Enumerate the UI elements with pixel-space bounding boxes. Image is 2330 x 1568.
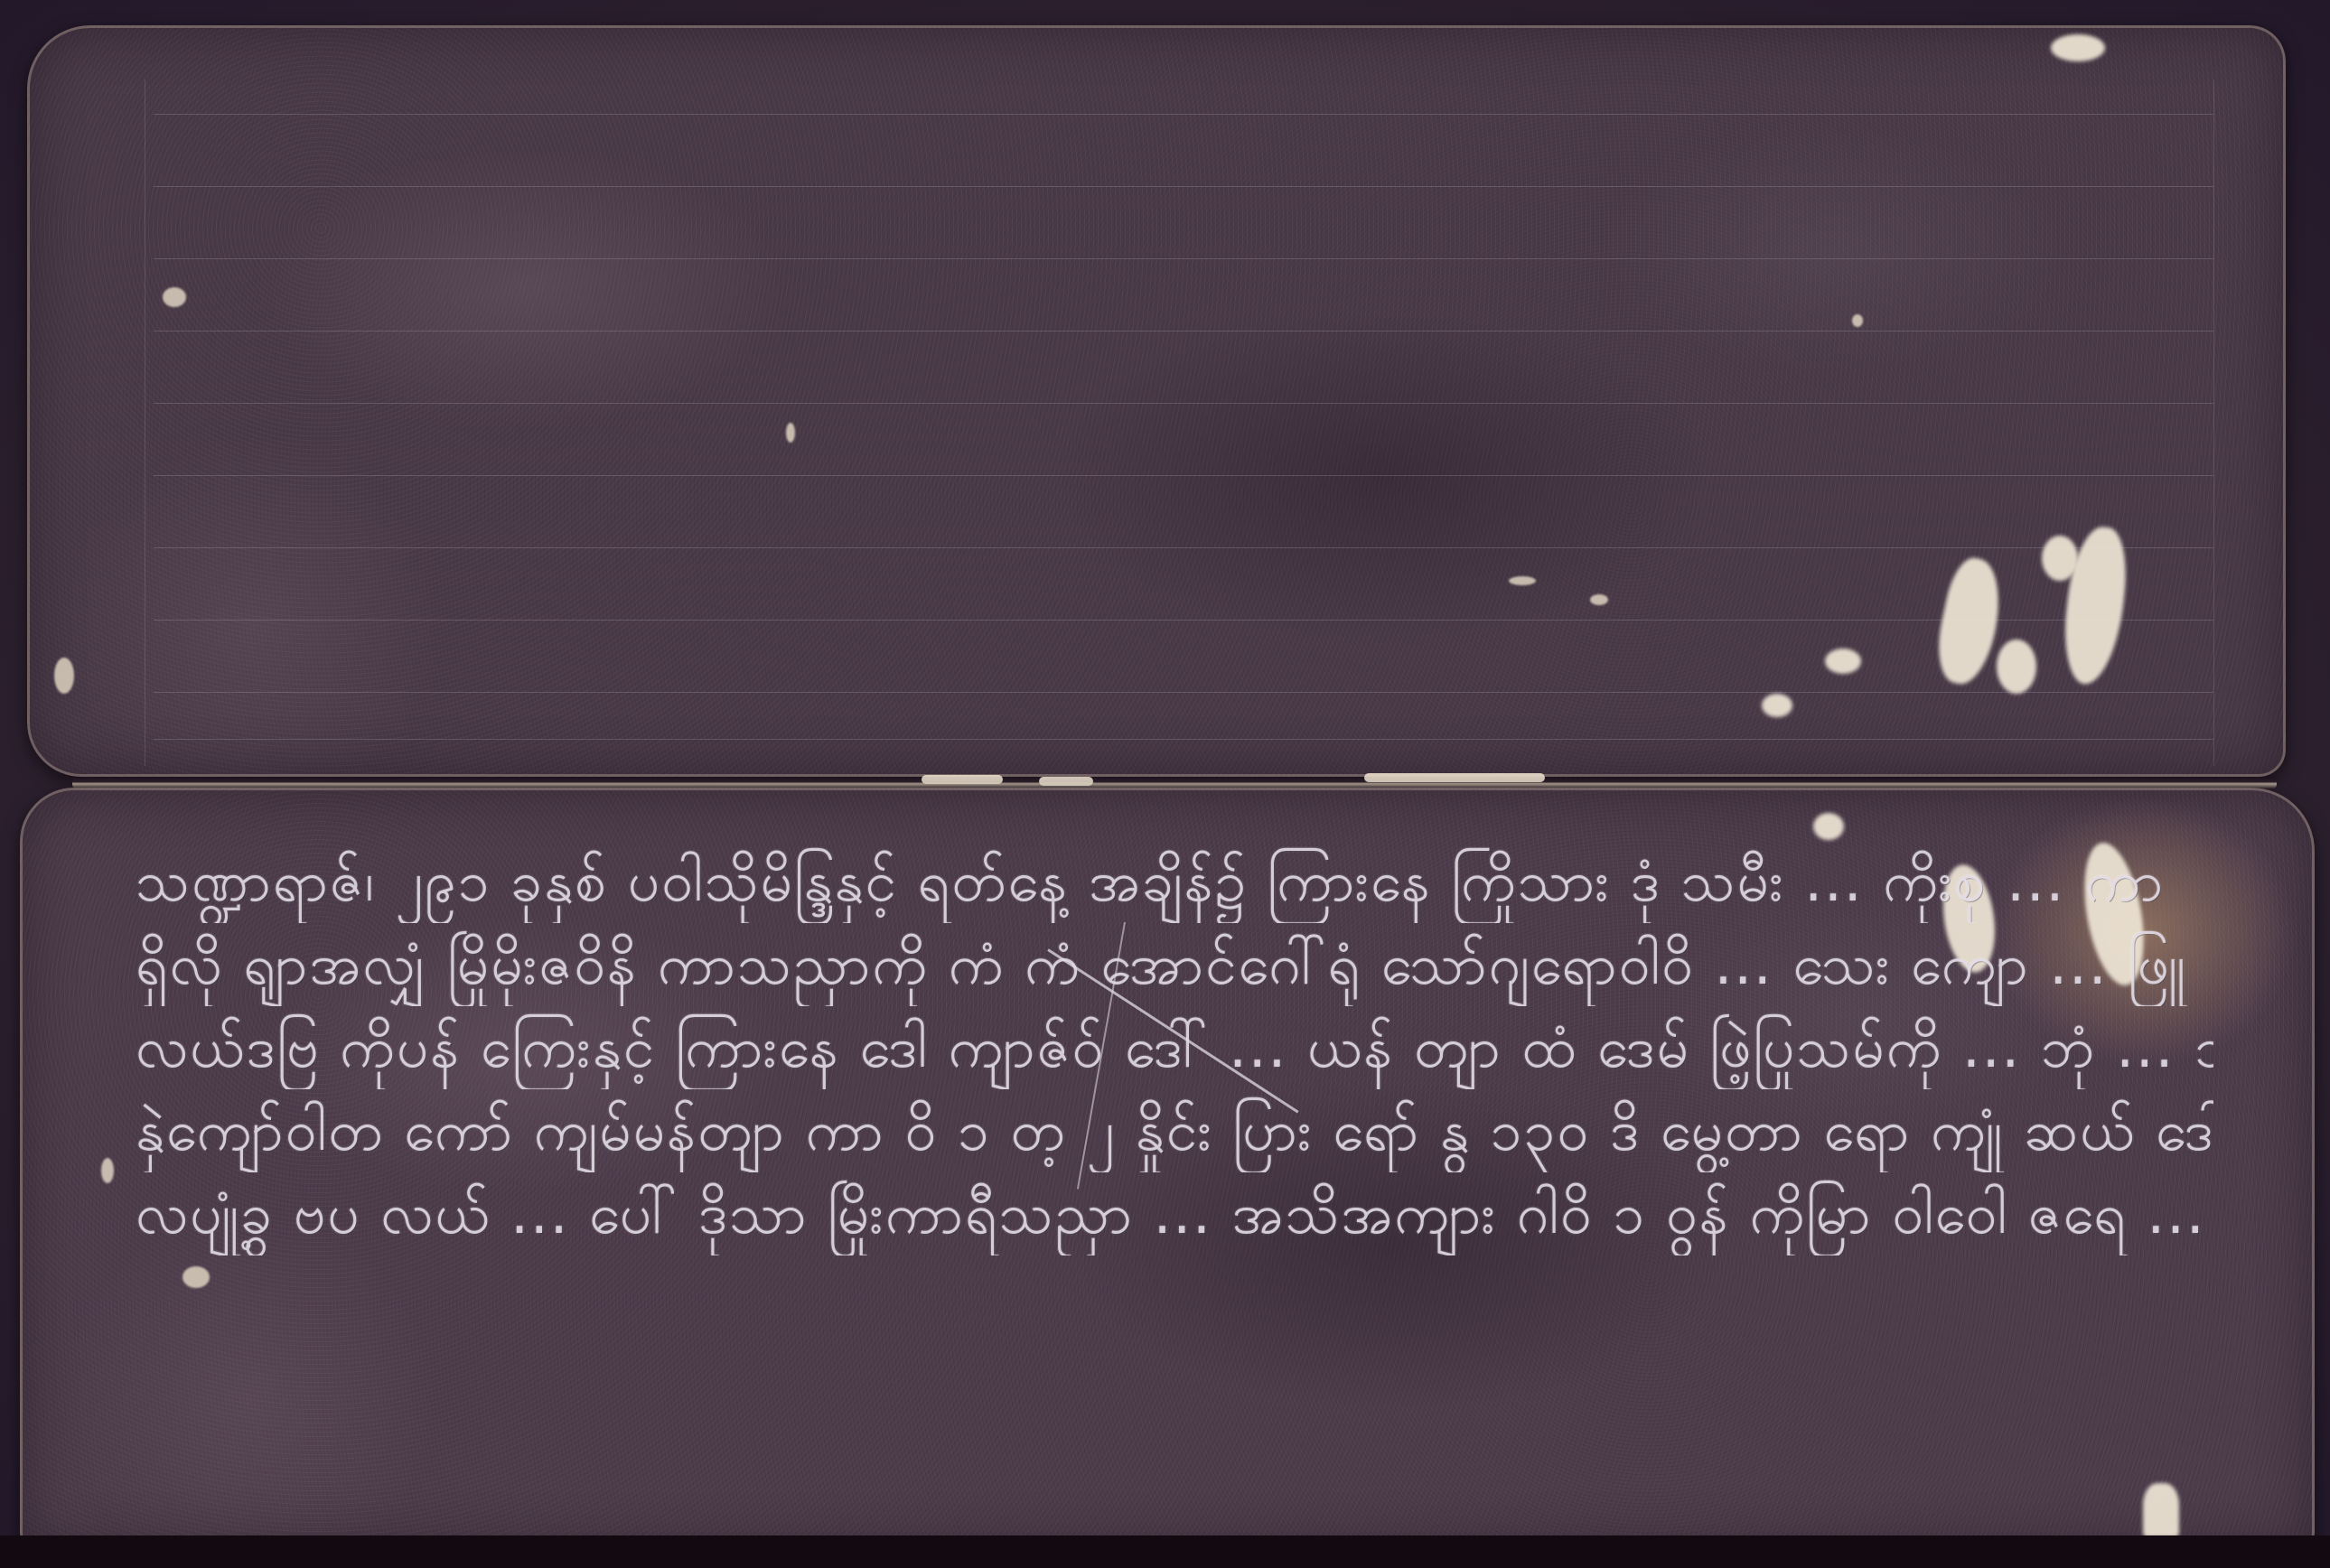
crease-tear bbox=[922, 775, 1003, 784]
abrasion-patch bbox=[1825, 649, 1861, 674]
script-line-3: လယ်ဒဗြ ကိုပန် ကြေးနှင့် ကြားနေ ဒေါ ကျာဇ်… bbox=[136, 1006, 2213, 1089]
margin-line-right bbox=[2213, 79, 2214, 766]
speck bbox=[54, 658, 74, 694]
ruled-line bbox=[154, 331, 2213, 331]
script-line-2: ရှိလို ရျာအလျှံ မြိုမိုးဇဝိနိ ကာသညှာကို … bbox=[136, 923, 2213, 1006]
speck bbox=[182, 1266, 210, 1288]
speck bbox=[1509, 576, 1536, 585]
abrasion-patch bbox=[2143, 1483, 2179, 1537]
speck bbox=[1590, 594, 1608, 605]
abrasion-patch bbox=[1762, 694, 1792, 717]
ruled-line bbox=[154, 258, 2213, 259]
bottom-shadow bbox=[0, 1535, 2330, 1568]
script-line-4: နှဲကျော်ဝါတ ကော် ကျမ်မန်တျာ ကာ ဝိ ၁ တ့ ၂… bbox=[136, 1089, 2213, 1172]
speck bbox=[101, 1158, 114, 1183]
ruled-line bbox=[154, 620, 2213, 621]
manuscript-photo: သဏ္ဍာရာဇ်၊ ၂၉၁ ခုနှစ် ပဝါသိုမိန္ဒြနှင့် … bbox=[0, 0, 2330, 1568]
manuscript-text: သဏ္ဍာရာဇ်၊ ၂၉၁ ခုနှစ် ပဝါသိုမိန္ဒြနှင့် … bbox=[136, 840, 2213, 1255]
speck bbox=[786, 423, 795, 443]
crease-tear bbox=[1039, 777, 1093, 786]
ruled-line bbox=[154, 547, 2213, 548]
top-leaf bbox=[27, 25, 2286, 777]
speck bbox=[1852, 314, 1863, 327]
ruled-line bbox=[154, 114, 2213, 115]
abrasion-patch bbox=[1997, 639, 2036, 694]
abrasion-patch bbox=[2042, 536, 2078, 581]
speck bbox=[163, 287, 186, 307]
crease-tear bbox=[1364, 773, 1545, 782]
ruled-line bbox=[154, 186, 2213, 187]
ruled-line bbox=[154, 403, 2213, 404]
ruled-line bbox=[154, 475, 2213, 476]
abrasion-patch bbox=[1813, 813, 1844, 840]
ruled-line bbox=[154, 692, 2213, 693]
ruled-line bbox=[154, 739, 2213, 740]
script-line-1: သဏ္ဍာရာဇ်၊ ၂၉၁ ခုနှစ် ပဝါသိုမိန္ဒြနှင့် … bbox=[136, 840, 2213, 923]
margin-line-left bbox=[145, 79, 145, 766]
abrasion-patch bbox=[2051, 34, 2105, 61]
script-line-5: လပျုံ့ခွ ဗပ လယ် ... ပေါ် ဒိုသာ မြိုးကာရီ… bbox=[136, 1172, 2213, 1255]
